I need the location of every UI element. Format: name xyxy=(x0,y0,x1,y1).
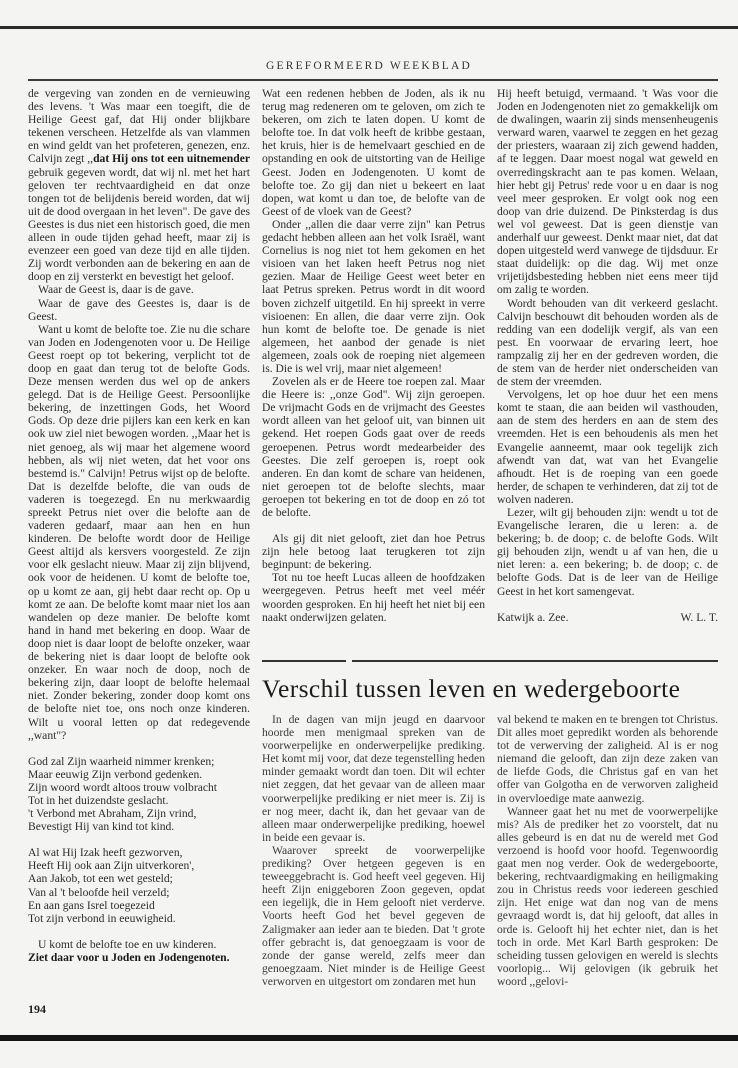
verse-line: Al wat Hij Izak heeft gezworven, xyxy=(28,846,250,859)
verse-line: Heeft Hij ook aan Zijn uitverkoren', xyxy=(28,859,250,872)
paragraph: Vervolgens, let op hoe duur het een mens… xyxy=(497,388,718,506)
paragraph: Hij heeft betuigd, vermaand. 't Was voor… xyxy=(497,87,718,297)
masthead: GEREFORMEERD WEEKBLAD xyxy=(0,60,738,72)
closing-line-bold: Ziet daar voor u Joden en Jodengenoten. xyxy=(28,951,250,964)
verse-line: Aan Jakob, tot een wet gesteld; xyxy=(28,872,250,885)
paragraph: val bekend te maken en te brengen tot Ch… xyxy=(497,713,718,805)
paragraph: Waarover spreekt de voorwerpelijke predi… xyxy=(262,844,485,988)
article2-headline: Verschil tussen leven en wedergeboorte xyxy=(262,674,718,704)
article-separator-rule xyxy=(262,660,346,662)
verse-line: Maar eeuwig Zijn verbond gedenken. xyxy=(28,768,250,781)
top-rule xyxy=(0,26,738,29)
paragraph: de vergeving van zonden en de vernieuwin… xyxy=(28,87,250,283)
paragraph: Wat een redenen hebben de Joden, als ik … xyxy=(262,87,485,218)
paragraph: In de dagen van mijn jeugd en daarvoor h… xyxy=(262,713,485,844)
article-separator-rule xyxy=(352,660,718,662)
verse-line: Van al 't beloofde heil verzeld; xyxy=(28,886,250,899)
article1-column-2: Wat een redenen hebben de Joden, als ik … xyxy=(262,87,485,624)
article2-column-1: In de dagen van mijn jeugd en daarvoor h… xyxy=(262,713,485,988)
paragraph: Wordt behouden van dit verkeerd geslacht… xyxy=(497,297,718,389)
verse-line: 't Verbond met Abraham, Zijn vrind, xyxy=(28,807,250,820)
signature-place: Katwijk a. Zee. xyxy=(497,611,568,624)
paragraph: Tot nu toe heeft Lucas alleen de hoofdza… xyxy=(262,571,485,623)
paragraph: Want u komt de belofte toe. Zie nu die s… xyxy=(28,323,250,742)
paragraph: Waar de gave des Geestes is, daar is de … xyxy=(28,297,250,323)
text: gebruik gegeven wordt, dat wij nl. met h… xyxy=(28,166,250,284)
bold-text: Ziet daar voor u Joden en Jodengenoten. xyxy=(28,951,230,964)
article1-column-3: Hij heeft betuigd, vermaand. 't Was voor… xyxy=(497,87,718,624)
bold-quote: dat Hij ons tot een uitnemender xyxy=(93,152,250,165)
verse-line: Bevestigt Hij van kind tot kind. xyxy=(28,820,250,833)
paragraph: Lezer, wilt gij behouden zijn: wendt u t… xyxy=(497,506,718,598)
signature: Katwijk a. Zee. W. L. T. xyxy=(497,611,718,624)
article2-column-2: val bekend te maken en te brengen tot Ch… xyxy=(497,713,718,988)
verse-stanza-2: Al wat Hij Izak heeft gezworven, Heeft H… xyxy=(28,846,250,925)
masthead-rule xyxy=(28,79,718,81)
bottom-rule xyxy=(0,1035,738,1041)
verse-line: Tot in het duizendste geslacht. xyxy=(28,794,250,807)
signature-initials: W. L. T. xyxy=(681,611,718,624)
paragraph: Waar de Geest is, daar is de gave. xyxy=(28,283,250,296)
verse-line: En aan gans Isrel toegezeid xyxy=(28,899,250,912)
paragraph: Als gij dit niet gelooft, ziet dan hoe P… xyxy=(262,532,485,571)
paragraph: Onder ,,allen die daar verre zijn" kan P… xyxy=(262,218,485,375)
paragraph: Zovelen als er de Heere toe roepen zal. … xyxy=(262,375,485,519)
paragraph: Wanneer gaat het nu met de voorwerpelijk… xyxy=(497,805,718,988)
verse-line: Zijn woord wordt altoos trouw volbracht xyxy=(28,781,250,794)
page-number: 194 xyxy=(28,1002,46,1017)
article1-column-1: de vergeving van zonden en de vernieuwin… xyxy=(28,87,250,964)
verse-line: God zal Zijn waarheid nimmer krenken; xyxy=(28,755,250,768)
closing-line: U komt de belofte toe en uw kinderen. xyxy=(28,938,250,951)
verse-stanza-1: God zal Zijn waarheid nimmer krenken; Ma… xyxy=(28,755,250,834)
verse-line: Tot zijn verbond in eeuwigheid. xyxy=(28,912,250,925)
